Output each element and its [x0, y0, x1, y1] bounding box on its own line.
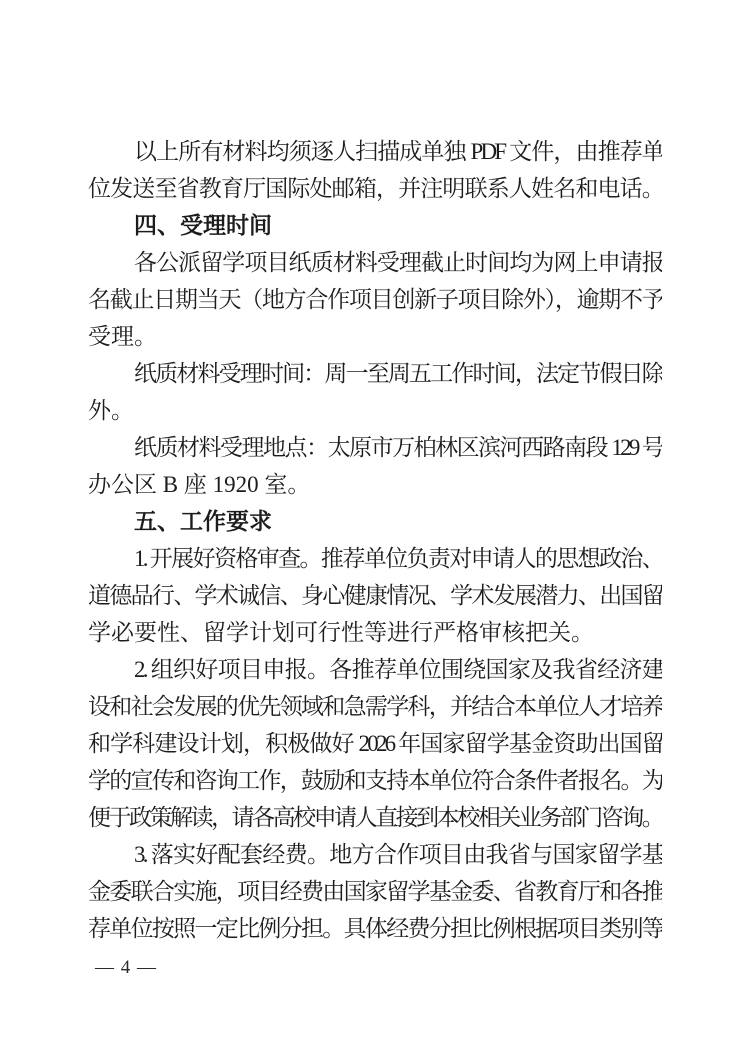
- section-heading-4: 四、受理时间: [88, 207, 662, 244]
- text-line: 位发送至省教育厅国际处邮箱，并注明联系人姓名和电话。: [88, 170, 662, 207]
- page-number: — 4 —: [95, 957, 157, 978]
- text-line: 以上所有材料均须逐人扫描成单独 PDF 文件，由推荐单: [88, 133, 662, 170]
- text-line: 金委联合实施，项目经费由国家留学基金委、省教育厅和各推: [88, 873, 662, 910]
- text-line: 1. 开展好资格审查。推荐单位负责对申请人的思想政治、: [88, 540, 662, 577]
- text-line: 纸质材料受理时间：周一至周五工作时间，法定节假日除: [88, 355, 662, 392]
- text-line: 学的宣传和咨询工作，鼓励和支持本单位符合条件者报名。为: [88, 762, 662, 799]
- paragraph: 3. 落实好配套经费。地方合作项目由我省与国家留学基 金委联合实施，项目经费由国…: [88, 836, 662, 947]
- text-line: 受理。: [88, 318, 662, 355]
- paragraph: 纸质材料受理时间：周一至周五工作时间，法定节假日除 外。: [88, 355, 662, 429]
- text-line: 道德品行、学术诚信、身心健康情况、学术发展潜力、出国留: [88, 577, 662, 614]
- section-heading: 四、受理时间: [88, 207, 662, 244]
- document-body: 以上所有材料均须逐人扫描成单独 PDF 文件，由推荐单 位发送至省教育厅国际处邮…: [88, 133, 662, 947]
- document-page: 以上所有材料均须逐人扫描成单独 PDF 文件，由推荐单 位发送至省教育厅国际处邮…: [0, 0, 750, 1063]
- section-heading-5: 五、工作要求: [88, 503, 662, 540]
- paragraph: 2. 组织好项目申报。各推荐单位围绕国家及我省经济建 设和社会发展的优先领域和急…: [88, 651, 662, 836]
- text-line: 3. 落实好配套经费。地方合作项目由我省与国家留学基: [88, 836, 662, 873]
- paragraph: 各公派留学项目纸质材料受理截止时间均为网上申请报 名截止日期当天（地方合作项目创…: [88, 244, 662, 355]
- section-heading: 五、工作要求: [88, 503, 662, 540]
- paragraph: 以上所有材料均须逐人扫描成单独 PDF 文件，由推荐单 位发送至省教育厅国际处邮…: [88, 133, 662, 207]
- text-line: 各公派留学项目纸质材料受理截止时间均为网上申请报: [88, 244, 662, 281]
- text-line: 和学科建设计划，积极做好 2026 年国家留学基金资助出国留: [88, 725, 662, 762]
- paragraph: 纸质材料受理地点：太原市万柏林区滨河西路南段 129 号 办公区 B 座 192…: [88, 429, 662, 503]
- text-line: 纸质材料受理地点：太原市万柏林区滨河西路南段 129 号: [88, 429, 662, 466]
- text-line: 办公区 B 座 1920 室。: [88, 466, 662, 503]
- page-footer: — 4 —: [95, 953, 157, 983]
- text-line: 2. 组织好项目申报。各推荐单位围绕国家及我省经济建: [88, 651, 662, 688]
- text-line: 外。: [88, 392, 662, 429]
- text-line: 便于政策解读，请各高校申请人直接到本校相关业务部门咨询。: [88, 799, 662, 836]
- paragraph: 1. 开展好资格审查。推荐单位负责对申请人的思想政治、 道德品行、学术诚信、身心…: [88, 540, 662, 651]
- text-line: 设和社会发展的优先领域和急需学科，并结合本单位人才培养: [88, 688, 662, 725]
- text-line: 名截止日期当天（地方合作项目创新子项目除外），逾期不予: [88, 281, 662, 318]
- text-line: 学必要性、留学计划可行性等进行严格审核把关。: [88, 614, 662, 651]
- text-line: 荐单位按照一定比例分担。具体经费分担比例根据项目类别等: [88, 910, 662, 947]
